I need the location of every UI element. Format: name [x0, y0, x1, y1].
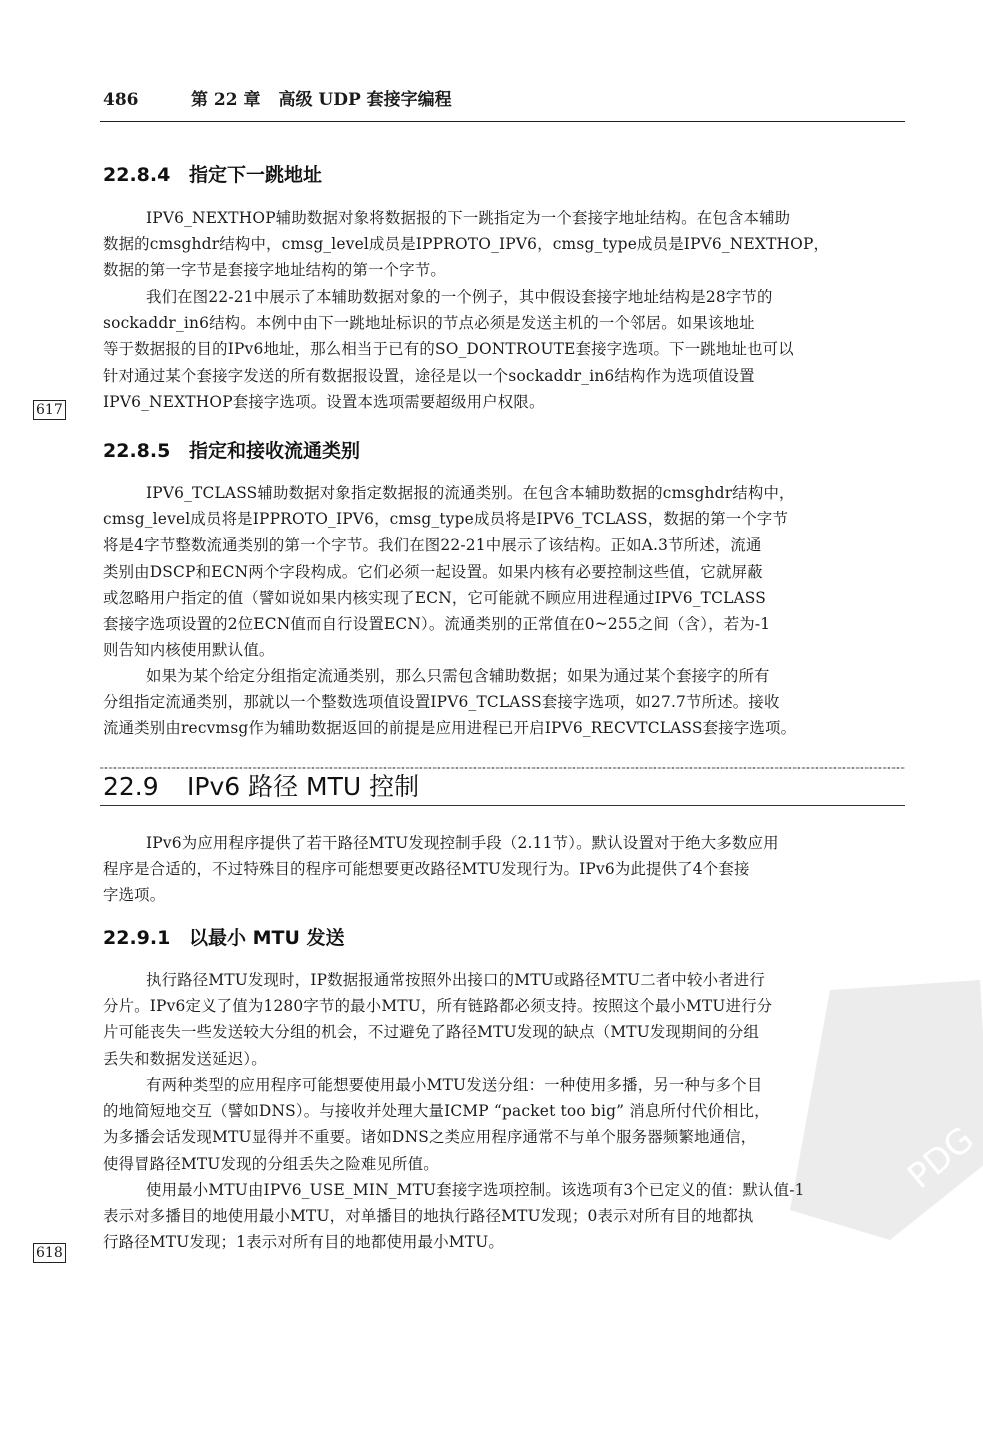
section-heading-22-8-5: 22.8.5指定和接收流通类别 — [103, 438, 360, 464]
paragraph: 执行路径MTU发现时，IP数据报通常按照外出接口的MTU或路径MTU二者中较小者… — [103, 967, 905, 1072]
text-line: 数据的第一字节是套接字地址结构的第一个字节。 — [103, 257, 905, 283]
section-rule-bottom — [100, 805, 905, 806]
section-rule-top — [100, 767, 905, 769]
text-line: 行路径MTU发现；1表示对所有目的地都使用最小MTU。 — [103, 1229, 905, 1255]
text-line: IPV6_NEXTHOP辅助数据对象将数据报的下一跳指定为一个套接字地址结构。在… — [103, 205, 905, 231]
chapter-label: 第 22 章 — [191, 88, 261, 112]
text-line: 套接字选项设置的2位ECN值而自行设置ECN）。流通类别的正常值在0~255之间… — [103, 611, 905, 637]
text-line: 表示对多播目的地使用最小MTU，对单播目的地执行路径MTU发现；0表示对所有目的… — [103, 1203, 905, 1229]
text-line: 我们在图22-21中展示了本辅助数据对象的一个例子，其中假设套接字地址结构是28… — [103, 284, 905, 310]
svg-text:PDG: PDG — [900, 1119, 982, 1197]
text-line: 流通类别由recvmsg作为辅助数据返回的前提是应用进程已开启IPV6_RECV… — [103, 715, 905, 741]
section-number: 22.9 — [103, 771, 187, 803]
text-line: 使得冒路径MTU发现的分组丢失之险难见所值。 — [103, 1151, 905, 1177]
section-heading-22-9-1: 22.9.1以最小 MTU 发送 — [103, 925, 345, 951]
text-line: 数据的cmsghdr结构中，cmsg_level成员是IPPROTO_IPV6，… — [103, 231, 905, 257]
section-title: 指定和接收流通类别 — [189, 440, 360, 462]
text-line: 如果为某个给定分组指定流通类别，那么只需包含辅助数据；如果为通过某个套接字的所有 — [103, 663, 905, 689]
text-line: 字选项。 — [103, 882, 905, 908]
text-line: IPv6为应用程序提供了若干路径MTU发现控制手段（2.11节）。默认设置对于绝… — [103, 830, 905, 856]
text-line: 分组指定流通类别，那就以一个整数选项值设置IPV6_TCLASS套接字选项，如2… — [103, 689, 905, 715]
margin-page-ref: 618 — [33, 1243, 66, 1263]
section-number: 22.8.5 — [103, 438, 189, 464]
text-line: 执行路径MTU发现时，IP数据报通常按照外出接口的MTU或路径MTU二者中较小者… — [103, 967, 905, 993]
text-line: sockaddr_in6结构。本例中由下一跳地址标识的节点必须是发送主机的一个邻… — [103, 310, 905, 336]
text-line: IPV6_NEXTHOP套接字选项。设置本选项需要超级用户权限。 — [103, 389, 905, 415]
text-line: 类别由DSCP和ECN两个字段构成。它们必须一起设置。如果内核有必要控制这些值，… — [103, 559, 905, 585]
paragraph: IPV6_NEXTHOP辅助数据对象将数据报的下一跳指定为一个套接字地址结构。在… — [103, 205, 905, 284]
text-line: IPV6_TCLASS辅助数据对象指定数据报的流通类别。在包含本辅助数据的cms… — [103, 480, 905, 506]
section-number: 22.8.4 — [103, 162, 189, 188]
text-line: 或忽略用户指定的值（譬如说如果内核实现了ECN，它可能就不顾应用进程通过IPV6… — [103, 585, 905, 611]
text-line: 分片。IPv6定义了值为1280字节的最小MTU，所有链路都必须支持。按照这个最… — [103, 993, 905, 1019]
text-line: 等于数据报的目的IPv6地址，那么相当于已有的SO_DONTROUTE套接字选项… — [103, 336, 905, 362]
paragraph: 如果为某个给定分组指定流通类别，那么只需包含辅助数据；如果为通过某个套接字的所有… — [103, 663, 905, 742]
text-line: 则告知内核使用默认值。 — [103, 637, 905, 663]
header-rule — [100, 121, 905, 122]
text-line: 程序是合适的，不过特殊目的程序可能想要更改路径MTU发现行为。IPv6为此提供了… — [103, 856, 905, 882]
paragraph: IPv6为应用程序提供了若干路径MTU发现控制手段（2.11节）。默认设置对于绝… — [103, 830, 905, 909]
book-page: 486第 22 章高级 UDP 套接字编程 22.8.4指定下一跳地址 IPV6… — [0, 0, 983, 1447]
text-line: 将是4字节整数流通类别的第一个字节。我们在图22-21中展示了该结构。正如A.3… — [103, 532, 905, 558]
paragraph: 有两种类型的应用程序可能想要使用最小MTU发送分组：一种使用多播，另一种与多个目… — [103, 1072, 905, 1177]
paragraph: 我们在图22-21中展示了本辅助数据对象的一个例子，其中假设套接字地址结构是28… — [103, 284, 905, 415]
text-line: 片可能丧失一些发送较大分组的机会，不过避免了路径MTU发现的缺点（MTU发现期间… — [103, 1019, 905, 1045]
section-heading-22-8-4: 22.8.4指定下一跳地址 — [103, 162, 322, 188]
section-title: 指定下一跳地址 — [189, 164, 322, 186]
paragraph: IPV6_TCLASS辅助数据对象指定数据报的流通类别。在包含本辅助数据的cms… — [103, 480, 905, 663]
section-title: IPv6 路径 MTU 控制 — [187, 772, 419, 801]
running-head: 486第 22 章高级 UDP 套接字编程 — [103, 88, 903, 112]
margin-page-ref: 617 — [33, 400, 66, 420]
text-line: 的地简短地交互（譬如DNS）。与接收并处理大量ICMP “packet too … — [103, 1098, 905, 1124]
page-number: 486 — [103, 88, 191, 112]
text-line: 丢失和数据发送延迟）。 — [103, 1046, 905, 1072]
section-number: 22.9.1 — [103, 925, 189, 951]
text-line: 使用最小MTU由IPV6_USE_MIN_MTU套接字选项控制。该选项有3个已定… — [103, 1177, 905, 1203]
section-heading-22-9: 22.9IPv6 路径 MTU 控制 — [103, 771, 419, 803]
text-line: 针对通过某个套接字发送的所有数据报设置，途径是以一个sockaddr_in6结构… — [103, 363, 905, 389]
paragraph: 使用最小MTU由IPV6_USE_MIN_MTU套接字选项控制。该选项有3个已定… — [103, 1177, 905, 1256]
section-title: 以最小 MTU 发送 — [189, 927, 345, 949]
text-line: 有两种类型的应用程序可能想要使用最小MTU发送分组：一种使用多播，另一种与多个目 — [103, 1072, 905, 1098]
text-line: cmsg_level成员将是IPPROTO_IPV6，cmsg_type成员将是… — [103, 506, 905, 532]
chapter-title: 高级 UDP 套接字编程 — [279, 90, 452, 110]
text-line: 为多播会话发现MTU显得并不重要。诸如DNS之类应用程序通常不与单个服务器频繁地… — [103, 1124, 905, 1150]
